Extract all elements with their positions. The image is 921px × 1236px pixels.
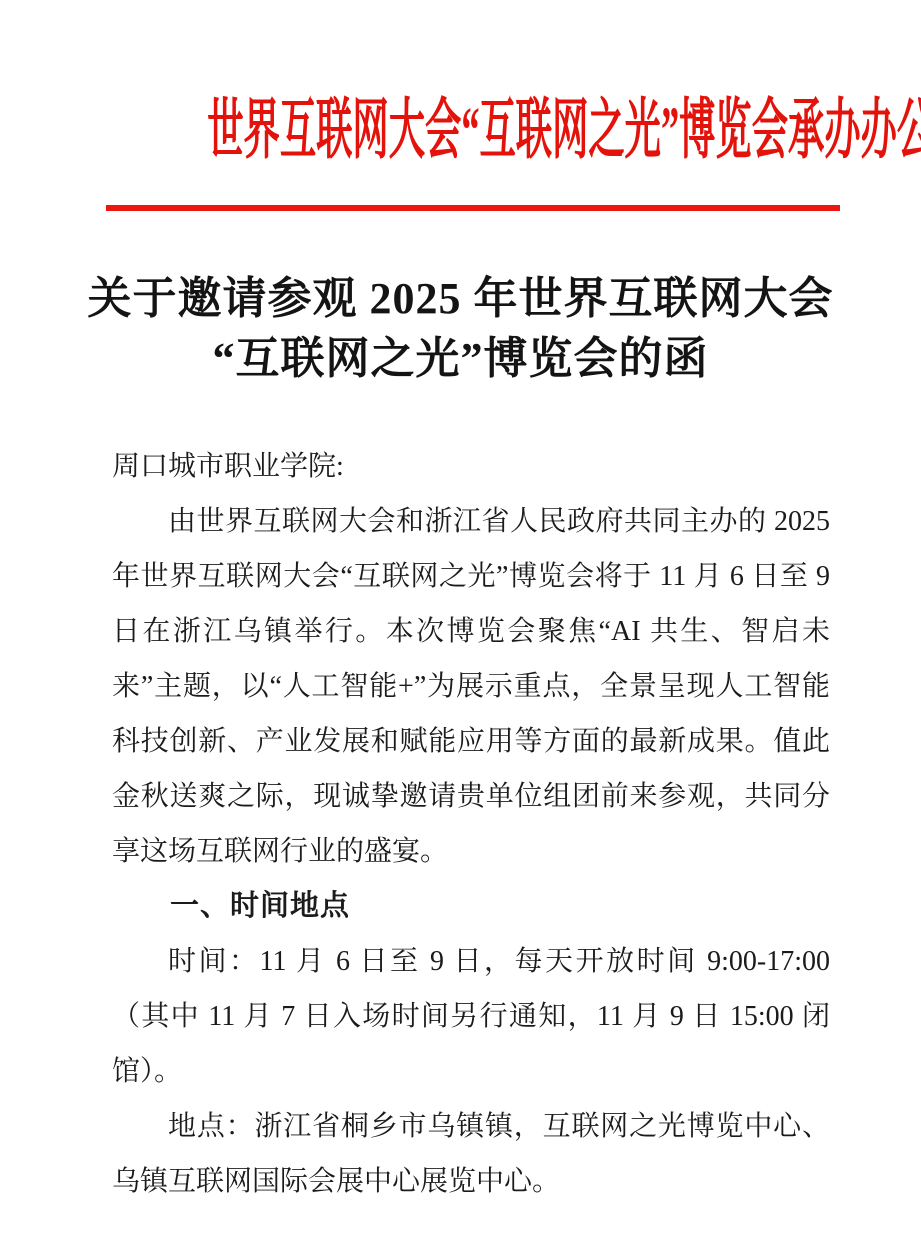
- document-title-line2: “互联网之光”博览会的函: [0, 329, 921, 389]
- document-title-line1: 关于邀请参观 2025 年世界互联网大会: [0, 269, 921, 329]
- letter-body: 周口城市职业学院: 由世界互联网大会和浙江省人民政府共同主办的 2025 年世界…: [112, 439, 830, 1209]
- intro-paragraph: 由世界互联网大会和浙江省人民政府共同主办的 2025 年世界互联网大会“互联网之…: [112, 494, 830, 879]
- salutation: 周口城市职业学院:: [112, 439, 830, 494]
- masthead-divider-rule: [106, 205, 840, 211]
- place-paragraph: 地点：浙江省桐乡市乌镇镇，互联网之光博览中心、乌镇互联网国际会展中心展览中心。: [112, 1099, 830, 1209]
- document-page: 世界互联网大会“互联网之光”博览会承办办公室 关于邀请参观 2025 年世界互联…: [0, 0, 921, 1236]
- time-paragraph: 时间：11 月 6 日至 9 日，每天开放时间 9:00-17:00（其中 11…: [112, 934, 830, 1099]
- masthead-org-name: 世界互联网大会“互联网之光”博览会承办办公室: [207, 95, 714, 167]
- document-title: 关于邀请参观 2025 年世界互联网大会 “互联网之光”博览会的函: [0, 269, 921, 389]
- section-heading-time-place: 一、时间地点: [112, 879, 830, 934]
